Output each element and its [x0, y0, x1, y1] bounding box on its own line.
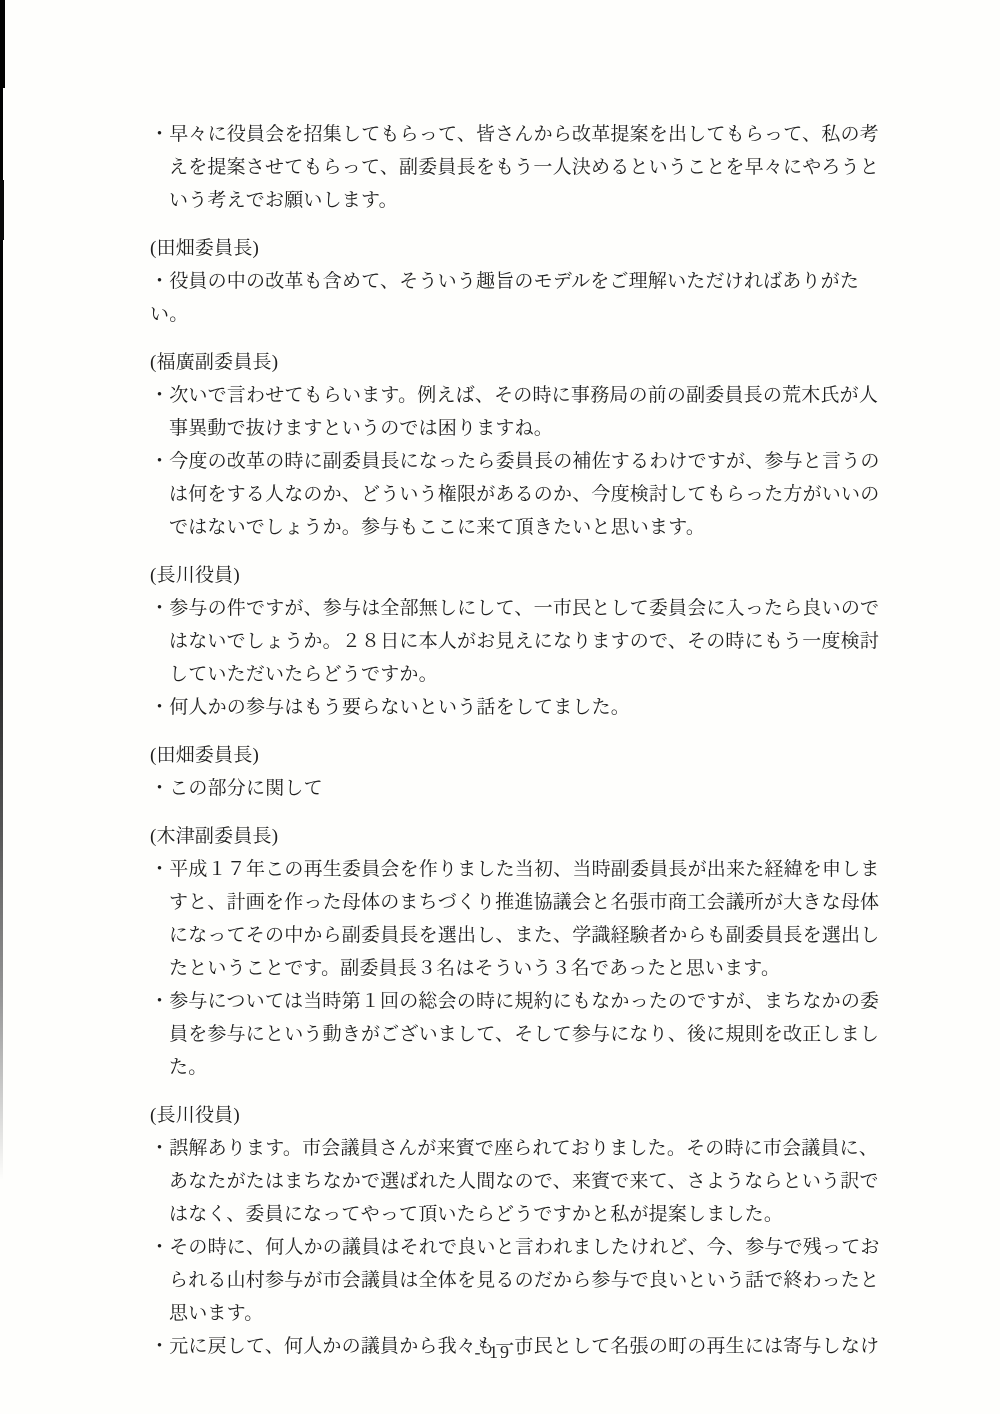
paragraph-line: えを提案させてもらって、副委員長をもう一人決めるということを早々にやろうと — [150, 151, 890, 184]
paragraph-line: ではないでしょうか。参与もここに来て頂きたいと思います。 — [150, 511, 890, 544]
paragraph-line: になってその中から副委員長を選出し、また、学識経験者からも副委員長を選出し — [150, 919, 890, 952]
document-body: ・早々に役員会を招集してもらって、皆さんから改革提案を出してもらって、私の考えを… — [150, 118, 890, 1363]
paragraph: ・平成１７年この再生委員会を作りました当初、当時副委員長が出来た経緯を申しますと… — [150, 853, 890, 985]
paragraph-line: はないでしょうか。２８日に本人がお見えになりますので、その時にもう一度検討 — [150, 625, 890, 658]
paragraph: ・誤解あります。市会議員さんが来賓で座られておりました。その時に市会議員に、あな… — [150, 1132, 890, 1231]
speaker-label: (長川役員) — [150, 1099, 890, 1132]
paragraph-line: ・早々に役員会を招集してもらって、皆さんから改革提案を出してもらって、私の考 — [150, 118, 890, 151]
paragraph: ・今度の改革の時に副委員長になったら委員長の補佐するわけですが、参与と言うのは何… — [150, 445, 890, 544]
paragraph: ・何人かの参与はもう要らないという話をしてました。 — [150, 691, 890, 724]
paragraph-line: ・平成１７年この再生委員会を作りました当初、当時副委員長が出来た経緯を申しま — [150, 853, 890, 886]
speaker-label: (木津副委員長) — [150, 820, 890, 853]
paragraph-line: ・この部分に関して — [150, 772, 890, 805]
paragraph-line: た。 — [150, 1051, 890, 1084]
paragraph: ・この部分に関して — [150, 772, 890, 805]
paragraph: ・参与については当時第１回の総会の時に規約にもなかったのですが、まちなかの委員を… — [150, 985, 890, 1084]
paragraph: ・役員の中の改革も含めて、そういう趣旨のモデルをご理解いただければありがたい。 — [150, 265, 890, 331]
paragraph: ・参与の件ですが、参与は全部無しにして、一市民として委員会に入ったら良いのではな… — [150, 592, 890, 691]
paragraph-line: ・役員の中の改革も含めて、そういう趣旨のモデルをご理解いただければありがたい。 — [150, 265, 890, 331]
paragraph-line: たということです。副委員長３名はそういう３名であったと思います。 — [150, 952, 890, 985]
scan-edge-artifact — [0, 0, 3, 1180]
speaker-label: (長川役員) — [150, 559, 890, 592]
paragraph-line: ・何人かの参与はもう要らないという話をしてました。 — [150, 691, 890, 724]
scan-edge-artifact — [0, 0, 5, 88]
paragraph-line: られる山村参与が市会議員は全体を見るのだから参与で良いという話で終わったと — [150, 1264, 890, 1297]
paragraph-line: ・参与の件ですが、参与は全部無しにして、一市民として委員会に入ったら良いので — [150, 592, 890, 625]
paragraph-line: いう考えでお願いします。 — [150, 184, 890, 217]
speaker-label: (田畑委員長) — [150, 232, 890, 265]
paragraph-line: あなたがたはまちなかで選ばれた人間なので、来賓で来て、さようならという訳で — [150, 1165, 890, 1198]
paragraph-line: は何をする人なのか、どういう権限があるのか、今度検討してもらった方がいいの — [150, 478, 890, 511]
paragraph: ・その時に、何人かの議員はそれで良いと言われましたけれど、今、参与で残っておられ… — [150, 1231, 890, 1330]
paragraph-line: はなく、委員になってやって頂いたらどうですかと私が提案しました。 — [150, 1198, 890, 1231]
scanned-page: ・早々に役員会を招集してもらって、皆さんから改革提案を出してもらって、私の考えを… — [0, 0, 1000, 1414]
paragraph-line: 思います。 — [150, 1297, 890, 1330]
paragraph: ・早々に役員会を招集してもらって、皆さんから改革提案を出してもらって、私の考えを… — [150, 118, 890, 217]
paragraph-line: 事異動で抜けますというのでは困りますね。 — [150, 412, 890, 445]
paragraph-line: していただいたらどうですか。 — [150, 658, 890, 691]
paragraph-line: ・参与については当時第１回の総会の時に規約にもなかったのですが、まちなかの委 — [150, 985, 890, 1018]
paragraph-line: ・誤解あります。市会議員さんが来賓で座られておりました。その時に市会議員に、 — [150, 1132, 890, 1165]
paragraph-line: ・今度の改革の時に副委員長になったら委員長の補佐するわけですが、参与と言うの — [150, 445, 890, 478]
speaker-label: (田畑委員長) — [150, 739, 890, 772]
speaker-label: (福廣副委員長) — [150, 346, 890, 379]
paragraph-line: ・その時に、何人かの議員はそれで良いと言われましたけれど、今、参与で残ってお — [150, 1231, 890, 1264]
paragraph-line: ・次いで言わせてもらいます。例えば、その時に事務局の前の副委員長の荒木氏が人 — [150, 379, 890, 412]
paragraph: ・次いで言わせてもらいます。例えば、その時に事務局の前の副委員長の荒木氏が人事異… — [150, 379, 890, 445]
scan-edge-artifact — [0, 180, 4, 240]
page-number: - 19 - — [0, 1342, 1000, 1363]
paragraph-line: すと、計画を作った母体のまちづくり推進協議会と名張市商工会議所が大きな母体 — [150, 886, 890, 919]
paragraph-line: 員を参与にという動きがございまして、そして参与になり、後に規則を改正しまし — [150, 1018, 890, 1051]
